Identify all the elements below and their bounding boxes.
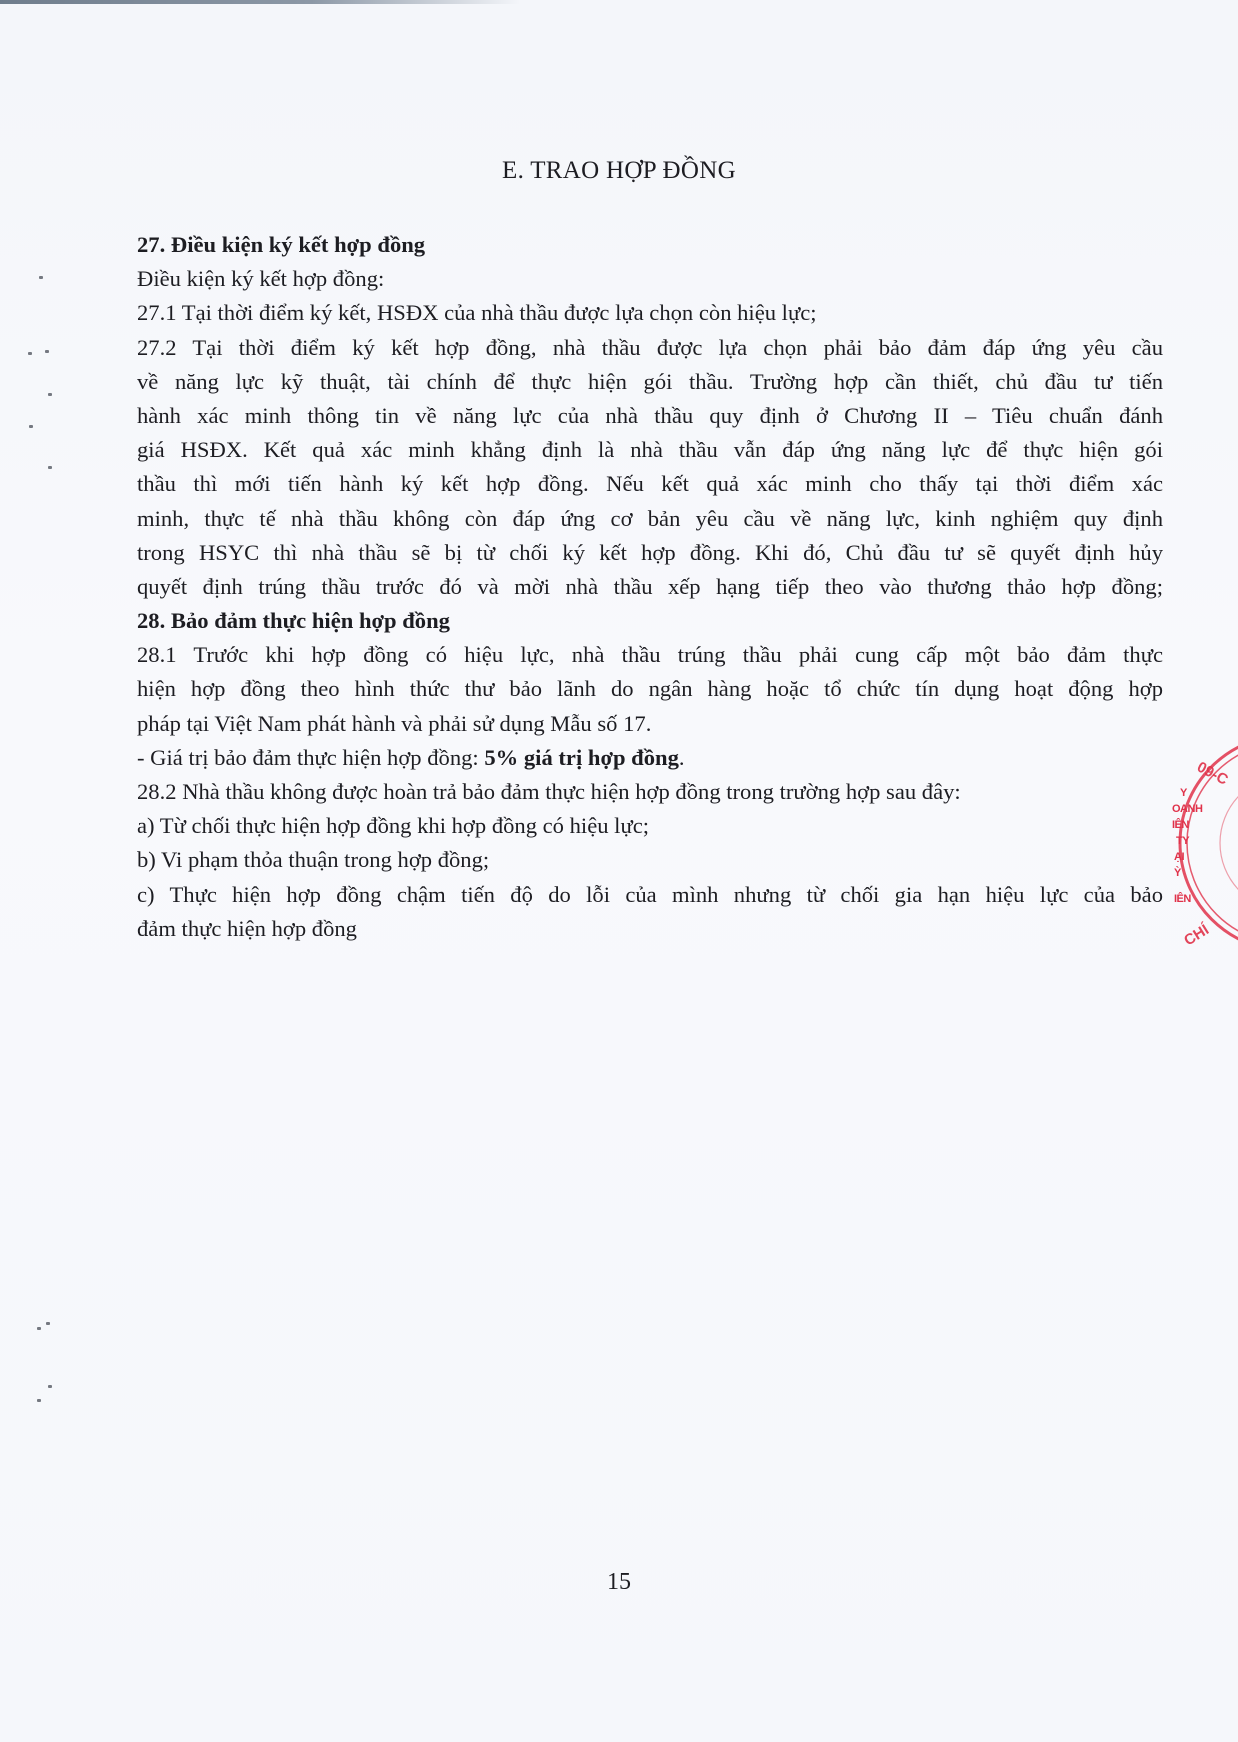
body-text: c) Thực hiện hợp đồng chậm tiến độ do lỗ… (137, 882, 1163, 907)
body-line: minh, thực tế nhà thầu không còn đáp ứng… (137, 502, 1163, 536)
body-text: hiện hợp đồng theo hình thức thư bảo lãn… (137, 676, 1163, 701)
svg-text:CHÍ: CHÍ (1181, 921, 1213, 950)
scan-artifact (46, 1322, 50, 1325)
body-text: 28.1 Trước khi hợp đồng có hiệu lực, nhà… (137, 642, 1163, 667)
body-text: 28.2 Nhà thầu không được hoàn trả bảo đả… (137, 779, 961, 804)
body-line: c) Thực hiện hợp đồng chậm tiến độ do lỗ… (137, 878, 1163, 912)
body-line: a) Từ chối thực hiện hợp đồng khi hợp đồ… (137, 809, 1163, 843)
document-body: 27. Điều kiện ký kết hợp đồngĐiều kiện k… (137, 228, 1163, 946)
scan-artifact (37, 1327, 41, 1330)
body-text: pháp tại Việt Nam phát hành và phải sử d… (137, 711, 651, 736)
body-text: a) Từ chối thực hiện hợp đồng khi hợp đồ… (137, 813, 649, 838)
body-text: minh, thực tế nhà thầu không còn đáp ứng… (137, 506, 1163, 531)
body-line: thầu thì mới tiến hành ký kết hợp đồng. … (137, 467, 1163, 501)
scan-artifact (29, 425, 33, 428)
guarantee-value-emphasis: 5% giá trị hợp đồng (484, 745, 679, 770)
clause-heading: 27. Điều kiện ký kết hợp đồng (137, 228, 1163, 262)
stamp-fragment-text: Ỳ (1174, 866, 1181, 880)
body-line: quyết định trúng thầu trước đó và mời nh… (137, 570, 1163, 604)
body-text: 27.1 Tại thời điểm ký kết, HSĐX của nhà … (137, 300, 817, 325)
clause-heading: 28. Bảo đảm thực hiện hợp đồng (137, 604, 1163, 638)
stamp-fragment-text: IÊN (1172, 818, 1189, 832)
body-text: . (679, 745, 685, 770)
scan-artifact (48, 393, 52, 396)
stamp-fragment-text: OANH (1172, 802, 1202, 816)
body-text: trong HSYC thì nhà thầu sẽ bị từ chối ký… (137, 540, 1163, 565)
body-text: quyết định trúng thầu trước đó và mời nh… (137, 574, 1163, 599)
body-text: thầu thì mới tiến hành ký kết hợp đồng. … (137, 471, 1163, 496)
body-line: 28.2 Nhà thầu không được hoàn trả bảo đả… (137, 775, 1163, 809)
body-line: 28.1 Trước khi hợp đồng có hiệu lực, nhà… (137, 638, 1163, 672)
clause-heading-text: 28. Bảo đảm thực hiện hợp đồng (137, 608, 450, 633)
body-text: hành xác minh thông tin về năng lực của … (137, 403, 1163, 428)
body-line: giá HSĐX. Kết quả xác minh khẳng định là… (137, 433, 1163, 467)
body-line: 27.2 Tại thời điểm ký kết hợp đồng, nhà … (137, 331, 1163, 365)
clause-heading-text: 27. Điều kiện ký kết hợp đồng (137, 232, 425, 257)
company-seal-stamp: 09-C CHÍ Y OANH IÊN TY ẠI Ỳ IÊN (1166, 720, 1238, 965)
scan-artifact (48, 1385, 52, 1388)
body-text: b) Vi phạm thỏa thuận trong hợp đồng; (137, 847, 489, 872)
body-line: pháp tại Việt Nam phát hành và phải sử d… (137, 707, 1163, 741)
body-line: trong HSYC thì nhà thầu sẽ bị từ chối ký… (137, 536, 1163, 570)
body-line: b) Vi phạm thỏa thuận trong hợp đồng; (137, 843, 1163, 877)
body-text: đảm thực hiện hợp đồng (137, 916, 357, 941)
body-text: giá HSĐX. Kết quả xác minh khẳng định là… (137, 437, 1163, 462)
stamp-fragment-text: TY (1176, 834, 1189, 848)
body-line: đảm thực hiện hợp đồng (137, 912, 1163, 946)
stamp-fragment-text: IÊN (1174, 892, 1191, 906)
section-heading: E. TRAO HỢP ĐỒNG (0, 153, 1238, 189)
body-text: về năng lực kỹ thuật, tài chính để thực … (137, 369, 1163, 394)
stamp-fragment-text: ẠI (1174, 850, 1184, 864)
body-line: 27.1 Tại thời điểm ký kết, HSĐX của nhà … (137, 296, 1163, 330)
page-number: 15 (0, 1569, 1238, 1596)
body-text: Điều kiện ký kết hợp đồng: (137, 266, 384, 291)
body-line: - Giá trị bảo đảm thực hiện hợp đồng: 5%… (137, 741, 1163, 775)
body-line: hành xác minh thông tin về năng lực của … (137, 399, 1163, 433)
body-text: 27.2 Tại thời điểm ký kết hợp đồng, nhà … (137, 335, 1163, 360)
scan-artifact (39, 276, 43, 279)
scan-artifact (48, 466, 52, 469)
scan-edge-shadow (0, 0, 520, 4)
body-line: hiện hợp đồng theo hình thức thư bảo lãn… (137, 672, 1163, 706)
body-line: về năng lực kỹ thuật, tài chính để thực … (137, 365, 1163, 399)
scan-artifact (37, 1399, 41, 1402)
scan-artifact (45, 350, 49, 353)
body-line: Điều kiện ký kết hợp đồng: (137, 262, 1163, 296)
body-text: - Giá trị bảo đảm thực hiện hợp đồng: (137, 745, 484, 770)
stamp-fragment-text: Y (1180, 786, 1187, 800)
scanned-page: E. TRAO HỢP ĐỒNG 27. Điều kiện ký kết hợ… (0, 0, 1238, 1742)
scan-artifact (28, 352, 32, 355)
